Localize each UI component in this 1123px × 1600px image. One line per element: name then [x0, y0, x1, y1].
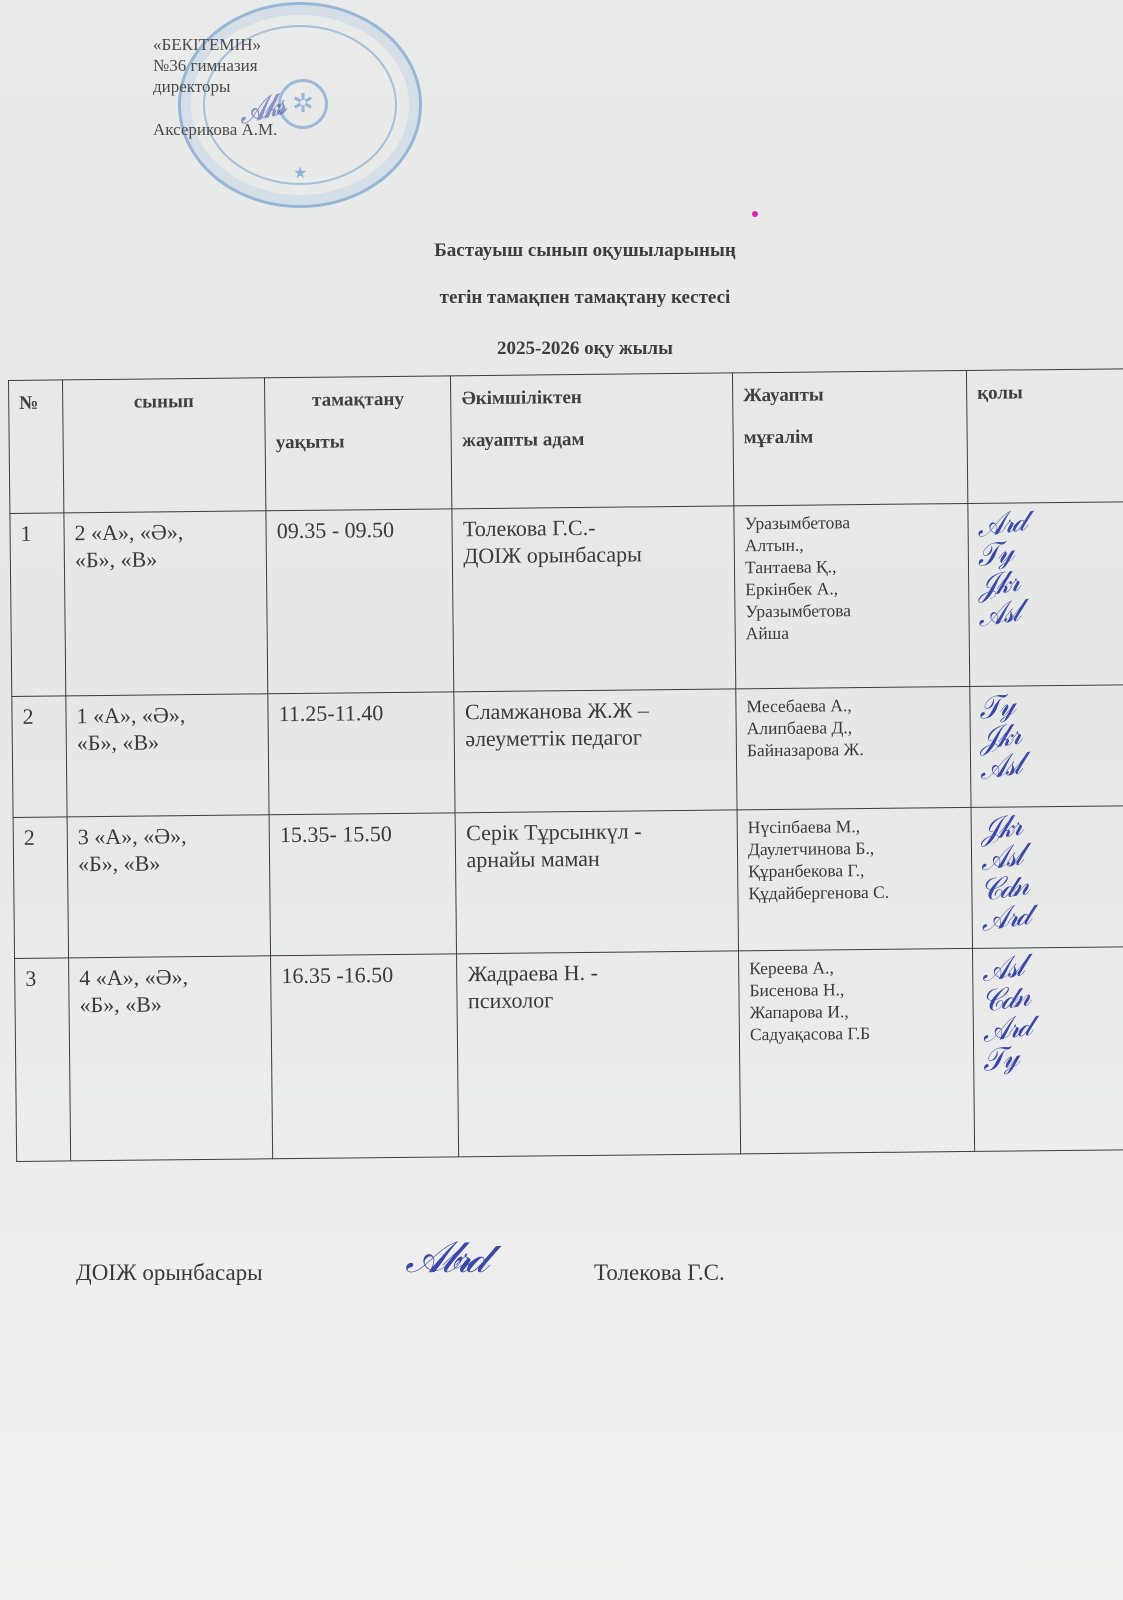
- table-header-row: № сынып тамақтану уақыты Әкімшіліктен жа…: [9, 369, 1123, 514]
- row-signatures: 𝒯𝓎𝒥𝓀𝓇𝒜𝓈𝓁: [970, 685, 1123, 808]
- handwritten-signature: 𝒜𝓈𝓁: [975, 597, 1019, 633]
- header-signature: қолы: [966, 369, 1123, 504]
- document-title-line-1: Бастауыш сынып оқушыларының: [300, 240, 870, 262]
- approval-line-1: «БЕКІТЕМІН»: [153, 34, 277, 55]
- row-time: 16.35 -16.50: [271, 954, 459, 1159]
- row-admin: Серік Тұрсынкүл -арнайы маман: [456, 810, 739, 954]
- row-number: 3: [15, 958, 71, 1162]
- row-teachers: УразымбетоваАлтын.,Тантаева Қ.,Еркінбек …: [734, 503, 970, 688]
- row-time: 15.35- 15.50: [269, 813, 457, 956]
- header-time: тамақтану уақыты: [265, 376, 453, 511]
- table-row: 21 «А», «Ә»,«Б», «В»11.25-11.40Сламжанов…: [12, 685, 1123, 818]
- header-class: сынып: [62, 378, 266, 513]
- header-teacher: Жауапты мұғалім: [732, 370, 967, 505]
- table-row: 23 «А», «Ә»,«Б», «В»15.35- 15.50Серік Тұ…: [13, 806, 1123, 959]
- row-class: 2 «А», «Ә»,«Б», «В»: [64, 511, 268, 696]
- row-number: 1: [10, 513, 66, 697]
- document-title-line-2: тегін тамақпен тамақтану кестесі: [300, 287, 870, 309]
- header-admin: Әкімшіліктен жауапты адам: [451, 373, 734, 509]
- table-row: 34 «А», «Ә»,«Б», «В»16.35 -16.50Жадраева…: [15, 947, 1123, 1162]
- handwritten-signature: 𝒜𝓈𝓁: [977, 750, 1021, 786]
- handwritten-signature: 𝒯𝓎: [980, 1042, 1019, 1077]
- row-admin: Толекова Г.С.-ДОІЖ орынбасары: [452, 506, 735, 692]
- approval-block: «БЕКІТЕМІН» №36 гимназия директоры Аксер…: [153, 34, 277, 140]
- row-teachers: Кереева А.,Бисенова Н.,Жапарова И.,Садуа…: [739, 948, 975, 1153]
- table-row: 12 «А», «Ә»,«Б», «В»09.35 - 09.50Толеков…: [10, 502, 1123, 697]
- handwritten-signature: 𝒜𝓇𝒹: [979, 900, 1030, 937]
- document-title-year: 2025-2026 оқу жылы: [300, 338, 870, 360]
- row-signatures: 𝒜𝓈𝓁𝒞𝒹𝓃𝒜𝓇𝒹𝒯𝓎: [972, 947, 1123, 1152]
- row-number: 2: [13, 817, 68, 959]
- row-signatures: 𝒥𝓀𝓇𝒜𝓈𝓁𝒞𝒹𝓃𝒜𝓇𝒹: [971, 806, 1123, 949]
- state-emblem-icon: ✲: [278, 79, 328, 129]
- row-signatures: 𝒜𝓇𝒹𝒯𝓎𝒥𝓀𝓇𝒜𝓈𝓁: [968, 502, 1123, 687]
- row-teachers: Нүсіпбаева М.,Даулетчинова Б.,Құранбеков…: [737, 807, 972, 950]
- pink-mark: [752, 211, 758, 217]
- row-class: 1 «А», «Ә»,«Б», «В»: [66, 694, 269, 817]
- footer-role: ДОІЖ орынбасары: [76, 1260, 263, 1286]
- director-name: Аксерикова А.М.: [153, 119, 277, 140]
- row-admin: Сламжанова Ж.Ж –әлеуметтік педагог: [454, 689, 737, 813]
- approval-line-3: директоры: [153, 76, 277, 97]
- row-time: 11.25-11.40: [268, 692, 456, 815]
- approval-line-2: №36 гимназия: [153, 55, 277, 76]
- row-teachers: Месебаева А.,Алипбаева Д.,Байназарова Ж.: [736, 686, 971, 809]
- footer-name: Толекова Г.С.: [594, 1260, 725, 1286]
- star-icon: ★: [293, 163, 307, 183]
- row-class: 4 «А», «Ә»,«Б», «В»: [69, 956, 273, 1161]
- meal-schedule-table: № сынып тамақтану уақыты Әкімшіліктен жа…: [8, 368, 1123, 1162]
- footer-signature: 𝒜𝒷𝓇𝒹: [405, 1232, 482, 1283]
- row-admin: Жадраева Н. -психолог: [457, 951, 741, 1157]
- row-number: 2: [12, 696, 67, 818]
- header-number: №: [9, 380, 64, 514]
- row-class: 3 «А», «Ә»,«Б», «В»: [67, 815, 271, 958]
- row-time: 09.35 - 09.50: [266, 509, 454, 694]
